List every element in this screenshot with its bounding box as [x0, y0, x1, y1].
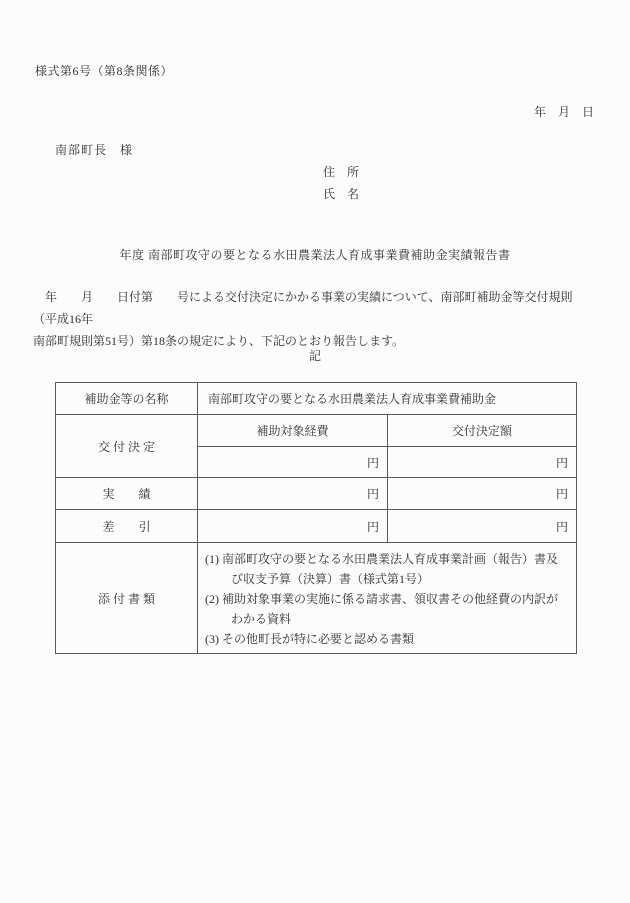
actual-amount-cell: 円 [388, 478, 577, 510]
body-paragraph-line: 年 月 日付第 号による交付決定にかかる事業の実績について、南部町補助金等交付規… [33, 286, 593, 330]
table-row-difference: 差 引 円 円 [56, 510, 577, 543]
table-row-attachments: 添 付 書 類 (1) 南部町攻守の要となる水田農業法人育成事業計画（報告）書及… [56, 543, 577, 654]
form-number: 様式第6号（第8条関係） [35, 62, 173, 79]
subsidy-name-value: 南部町攻守の要となる水田農業法人育成事業費補助金 [198, 383, 577, 415]
attachment-item: (3) その他町長が特に必要と認める書類 [205, 629, 568, 649]
difference-expenses-cell: 円 [198, 510, 388, 543]
document-title: 年度 南部町攻守の要となる水田農業法人育成事業費補助金実績報告書 [0, 246, 630, 263]
difference-amount-cell: 円 [388, 510, 577, 543]
body-paragraph: 年 月 日付第 号による交付決定にかかる事業の実績について、南部町補助金等交付規… [33, 286, 593, 352]
actual-label: 実 績 [56, 478, 198, 510]
grant-decision-label: 交 付 決 定 [56, 415, 198, 478]
attachment-item: (1) 南部町攻守の要となる水田農業法人育成事業計画（報告）書及び収支予算（決算… [205, 549, 568, 589]
addressee: 南部町長 様 [55, 141, 133, 158]
sender-name-label: 氏 名 [323, 185, 359, 202]
grant-decision-amount-cell: 円 [388, 447, 577, 478]
difference-label: 差 引 [56, 510, 198, 543]
amount-column-header: 交付決定額 [388, 415, 577, 447]
attachments-cell: (1) 南部町攻守の要となる水田農業法人育成事業計画（報告）書及び収支予算（決算… [198, 543, 577, 654]
report-table: 補助金等の名称 南部町攻守の要となる水田農業法人育成事業費補助金 交 付 決 定… [55, 382, 577, 654]
attachments-label: 添 付 書 類 [56, 543, 198, 654]
attachment-item: (2) 補助対象事業の実施に係る請求書、領収書その他経費の内訳がわかる資料 [205, 589, 568, 629]
table-row-subsidy-name: 補助金等の名称 南部町攻守の要となる水田農業法人育成事業費補助金 [56, 383, 577, 415]
document-page: 様式第6号（第8条関係） 年 月 日 南部町長 様 住 所 氏 名 年度 南部町… [0, 0, 630, 903]
actual-expenses-cell: 円 [198, 478, 388, 510]
date-line: 年 月 日 [534, 103, 594, 120]
record-marker: 記 [0, 347, 630, 364]
subsidy-name-label: 補助金等の名称 [56, 383, 198, 415]
grant-decision-expenses-cell: 円 [198, 447, 388, 478]
expenses-column-header: 補助対象経費 [198, 415, 388, 447]
sender-address-label: 住 所 [323, 163, 359, 180]
table-row-actual: 実 績 円 円 [56, 478, 577, 510]
table-row-grant-decision-headers: 交 付 決 定 補助対象経費 交付決定額 [56, 415, 577, 447]
